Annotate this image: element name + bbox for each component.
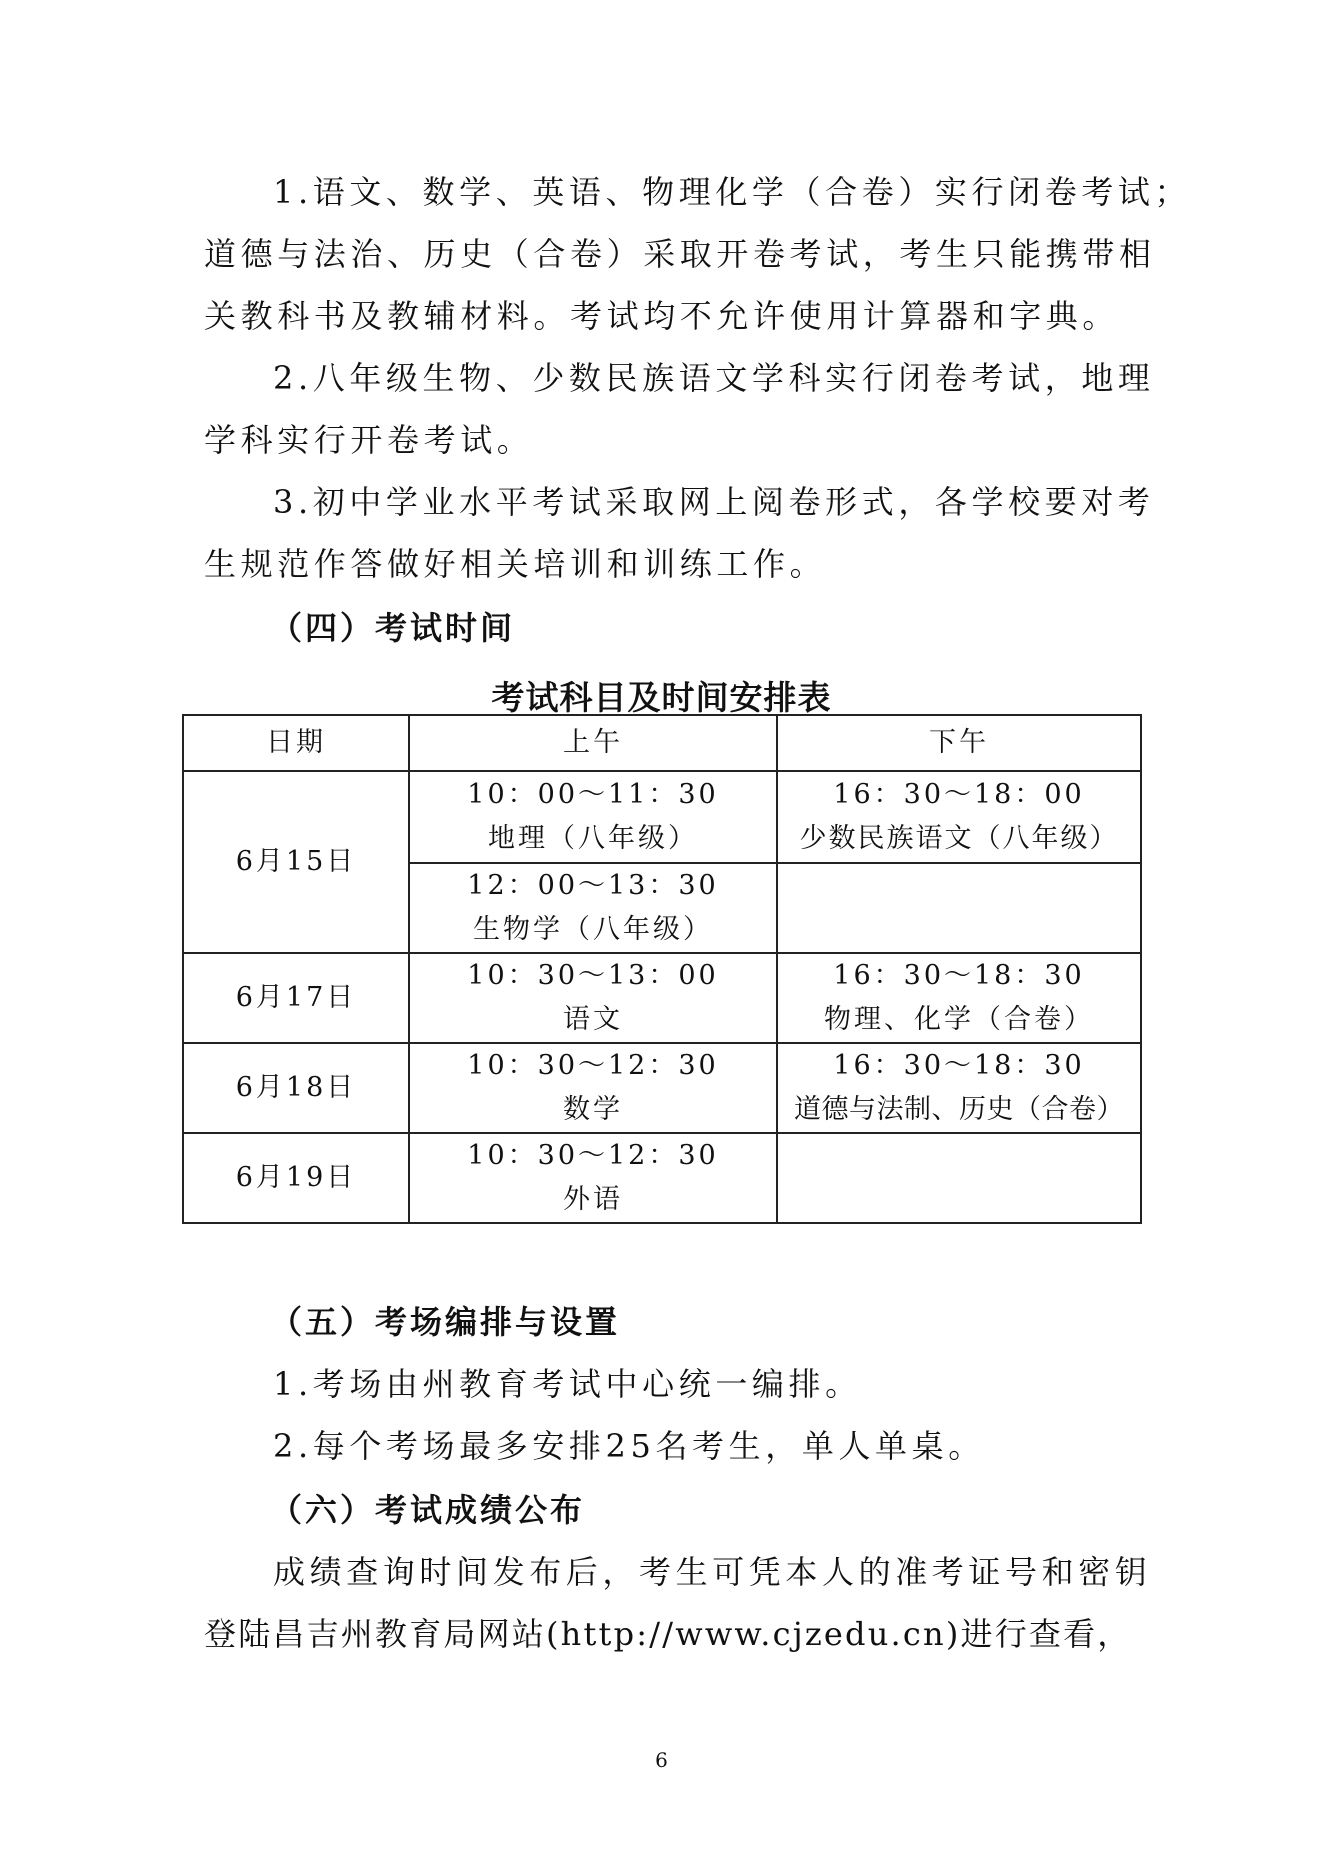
morning-cell: 10：30～13：00 语文 bbox=[409, 953, 777, 1043]
subject: 少数民族语文（八年级） bbox=[778, 817, 1140, 861]
afternoon-cell-empty bbox=[777, 863, 1141, 953]
morning-cell: 10：00～11：30 地理（八年级） bbox=[409, 771, 777, 863]
section-6-heading: （六）考试成绩公布 bbox=[270, 1490, 1200, 1530]
afternoon-cell: 16：30～18：30 物理、化学（合卷） bbox=[777, 953, 1141, 1043]
time: 16：30～18：30 bbox=[778, 1044, 1140, 1088]
time: 16：30～18：00 bbox=[778, 773, 1140, 817]
subject: 外语 bbox=[410, 1178, 776, 1222]
section-4-heading: （四）考试时间 bbox=[270, 608, 1200, 648]
table-row: 6月15日 10：00～11：30 地理（八年级） 16：30～18：00 少数… bbox=[183, 771, 1141, 863]
morning-cell: 12：00～13：30 生物学（八年级） bbox=[409, 863, 777, 953]
section-6-line-1: 成绩查询时间发布后，考生可凭本人的准考证号和密钥 bbox=[273, 1552, 1203, 1592]
paragraph-3-line-1: 3.初中学业水平考试采取网上阅卷形式，各学校要对考 bbox=[273, 482, 1203, 522]
table-row: 6月19日 10：30～12：30 外语 bbox=[183, 1133, 1141, 1223]
time: 16：30～18：30 bbox=[778, 954, 1140, 998]
date-cell: 6月19日 bbox=[183, 1133, 409, 1223]
subject: 地理（八年级） bbox=[410, 817, 776, 861]
morning-cell: 10：30～12：30 外语 bbox=[409, 1133, 777, 1223]
time: 10：30～12：30 bbox=[410, 1134, 776, 1178]
section-5-item-2: 2.每个考场最多安排25名考生，单人单桌。 bbox=[273, 1426, 1203, 1466]
afternoon-cell: 16：30～18：30 道德与法制、历史（合卷） bbox=[777, 1043, 1141, 1133]
table-title: 考试科目及时间安排表 bbox=[0, 672, 1323, 719]
subject: 道德与法制、历史（合卷） bbox=[778, 1088, 1140, 1132]
page-number: 6 bbox=[0, 1748, 1323, 1772]
section-5-item-1: 1.考场由州教育考试中心统一编排。 bbox=[273, 1364, 1203, 1404]
time: 12：00～13：30 bbox=[410, 864, 776, 908]
subject: 语文 bbox=[410, 998, 776, 1042]
afternoon-cell: 16：30～18：00 少数民族语文（八年级） bbox=[777, 771, 1141, 863]
date-cell: 6月15日 bbox=[183, 771, 409, 953]
afternoon-cell-empty bbox=[777, 1133, 1141, 1223]
header-morning: 上午 bbox=[409, 715, 777, 771]
table-header-row: 日期 上午 下午 bbox=[183, 715, 1141, 771]
subject: 数学 bbox=[410, 1088, 776, 1132]
paragraph-1-line-3: 关教科书及教辅材料。考试均不允许使用计算器和字典。 bbox=[204, 296, 1134, 336]
paragraph-2-line-1: 2.八年级生物、少数民族语文学科实行闭卷考试，地理 bbox=[273, 358, 1203, 398]
table-row: 6月17日 10：30～13：00 语文 16：30～18：30 物理、化学（合… bbox=[183, 953, 1141, 1043]
time: 10：00～11：30 bbox=[410, 773, 776, 817]
paragraph-1-line-1: 1.语文、数学、英语、物理化学（合卷）实行闭卷考试； bbox=[273, 172, 1203, 212]
paragraph-1-line-2: 道德与法治、历史（合卷）采取开卷考试，考生只能携带相 bbox=[204, 234, 1134, 274]
paragraph-3-line-2: 生规范作答做好相关培训和训练工作。 bbox=[204, 544, 1134, 584]
time: 10：30～13：00 bbox=[410, 954, 776, 998]
date-cell: 6月17日 bbox=[183, 953, 409, 1043]
exam-schedule-table: 日期 上午 下午 6月15日 10：00～11：30 地理（八年级） 16：30… bbox=[182, 714, 1142, 1224]
table-row: 6月18日 10：30～12：30 数学 16：30～18：30 道德与法制、历… bbox=[183, 1043, 1141, 1133]
header-afternoon: 下午 bbox=[777, 715, 1141, 771]
section-6-line-2: 登陆昌吉州教育局网站(http://www.cjzedu.cn)进行查看， bbox=[204, 1614, 1134, 1654]
morning-cell: 10：30～12：30 数学 bbox=[409, 1043, 777, 1133]
subject: 物理、化学（合卷） bbox=[778, 998, 1140, 1042]
header-date: 日期 bbox=[183, 715, 409, 771]
section-5-heading: （五）考场编排与设置 bbox=[270, 1302, 1200, 1342]
subject: 生物学（八年级） bbox=[410, 908, 776, 952]
time: 10：30～12：30 bbox=[410, 1044, 776, 1088]
paragraph-2-line-2: 学科实行开卷考试。 bbox=[204, 420, 1134, 460]
date-cell: 6月18日 bbox=[183, 1043, 409, 1133]
